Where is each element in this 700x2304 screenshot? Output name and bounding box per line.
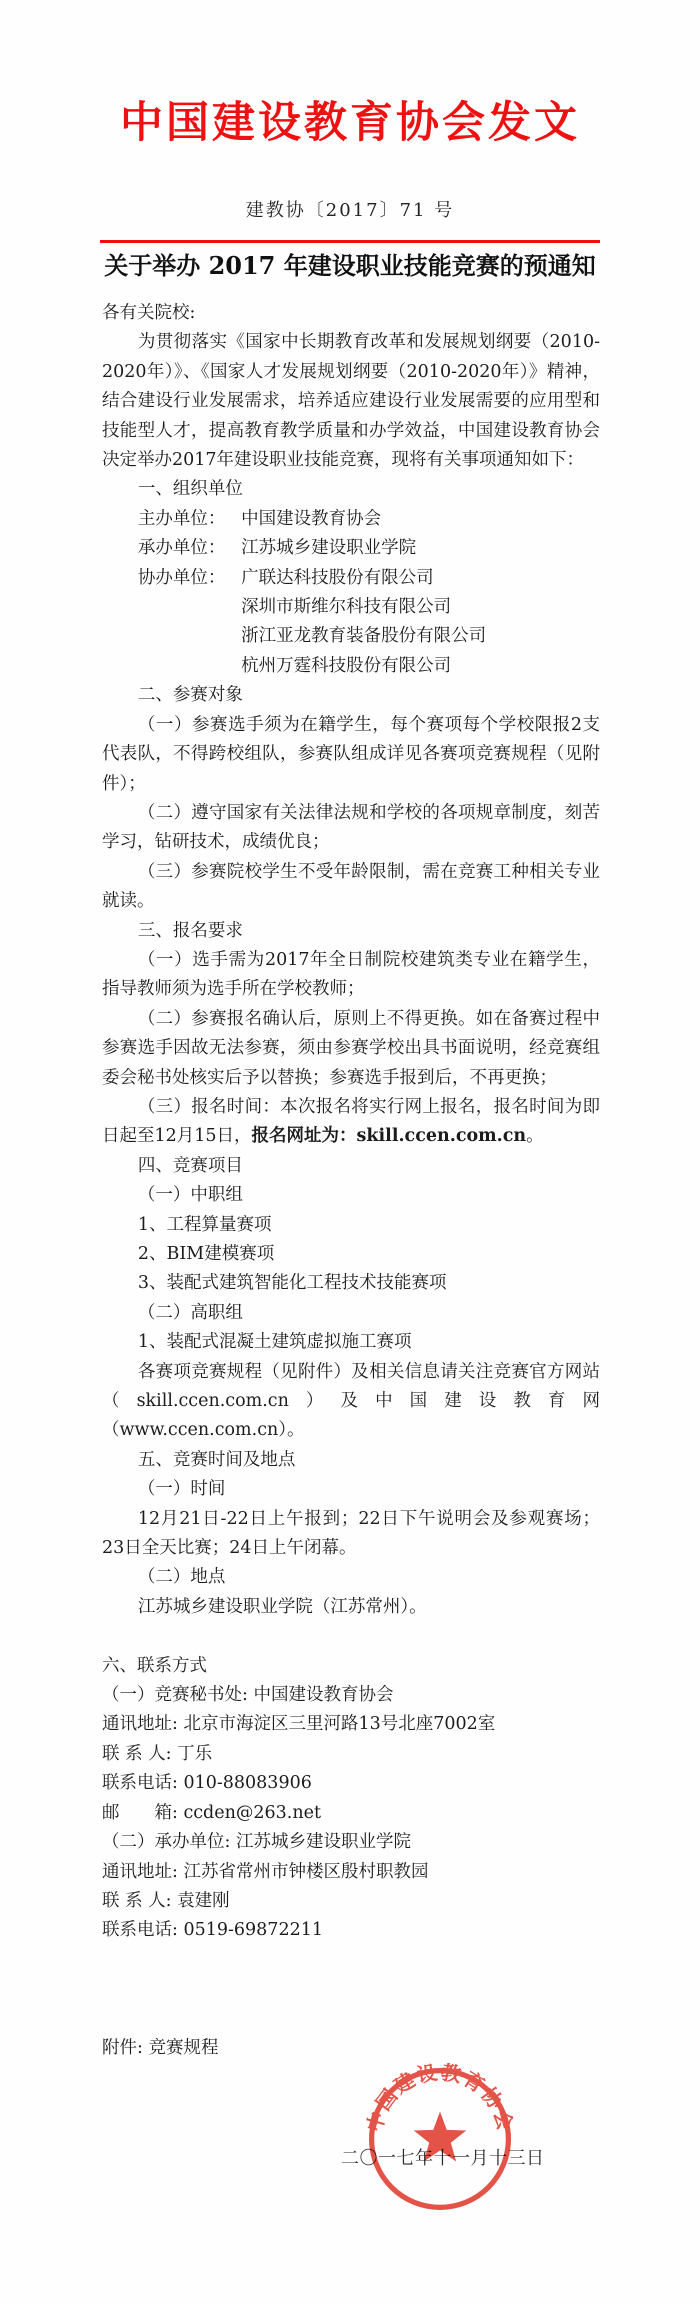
seal-star-icon xyxy=(414,2111,466,2161)
co-organizer-unit-row: 协办单位：广联达科技股份有限公司 xyxy=(138,564,600,593)
item-paragraph: 3、装配式建筑智能化工程技术技能赛项 xyxy=(102,1269,600,1298)
section-4-heading: 四、竞赛项目 xyxy=(102,1152,600,1181)
org-value: 杭州万霆科技股份有限公司 xyxy=(241,652,600,681)
org-label: 主办单位： xyxy=(138,505,241,534)
venue-paragraph: 江苏城乡建设职业学院（江苏常州）。 xyxy=(102,1593,600,1622)
contact-line: （二）承办单位: 江苏城乡建设职业学院 xyxy=(102,1828,600,1857)
org-value: 江苏城乡建设职业学院 xyxy=(241,534,600,563)
section-1-heading: 一、组织单位 xyxy=(102,475,600,504)
item-paragraph: （二）地点 xyxy=(102,1563,600,1592)
intro-paragraph: 为贯彻落实《国家中长期教育改革和发展规划纲要（2010-2020年）》、《国家人… xyxy=(102,328,600,475)
item-paragraph: （二）遵守国家有关法律法规和学校的各项规章制度，刻苦学习，钻研技术，成绩优良； xyxy=(102,799,600,858)
org-value: 中国建设教育协会 xyxy=(241,505,600,534)
item-paragraph: （二）高职组 xyxy=(102,1299,600,1328)
contact-line: 联 系 人: 袁建刚 xyxy=(102,1887,600,1916)
red-separator-line xyxy=(100,240,600,243)
contact-line: 联 系 人: 丁乐 xyxy=(102,1740,600,1769)
contact-line: 联系电话: 010-88083906 xyxy=(102,1769,600,1798)
issuer-title: 中国建设教育协会发文 xyxy=(0,100,700,146)
org-label xyxy=(138,652,241,681)
co-organizer-unit-row: 杭州万霆科技股份有限公司 xyxy=(138,652,600,681)
contact-line: （一）竞赛秘书处: 中国建设教育协会 xyxy=(102,1681,600,1710)
section-3-heading: 三、报名要求 xyxy=(102,917,600,946)
org-label: 承办单位： xyxy=(138,534,241,563)
section-5-heading: 五、竞赛时间及地点 xyxy=(102,1446,600,1475)
org-value: 深圳市斯维尔科技有限公司 xyxy=(241,593,600,622)
co-organizer-unit-row: 深圳市斯维尔科技有限公司 xyxy=(138,593,600,622)
section-2-heading: 二、参赛对象 xyxy=(102,681,600,710)
official-seal: 中国建设教育协会 xyxy=(364,2063,516,2215)
spacer xyxy=(102,1622,600,1651)
org-label: 协办单位： xyxy=(138,564,241,593)
item-paragraph: （一）中职组 xyxy=(102,1181,600,1210)
section-6-heading: 六、联系方式 xyxy=(102,1652,600,1681)
item-paragraph: （二）参赛报名确认后，原则上不得更换。如在备赛过程中参赛选手因故无法参赛，须由参… xyxy=(102,1005,600,1093)
spacer xyxy=(102,1946,600,2034)
attachment-line: 附件: 竞赛规程 xyxy=(102,2034,600,2063)
item-paragraph: （一）时间 xyxy=(102,1475,600,1504)
registration-time-paragraph: （三）报名时间：本次报名将实行网上报名，报名时间为即日起至12月15日，报名网址… xyxy=(102,1093,600,1152)
item-paragraph: 2、BIM建模赛项 xyxy=(102,1240,600,1269)
org-label xyxy=(138,622,241,651)
salutation: 各有关院校: xyxy=(102,299,600,328)
contact-line: 通讯地址: 江苏省常州市钟楼区殷村职教园 xyxy=(102,1858,600,1887)
org-value: 广联达科技股份有限公司 xyxy=(241,564,600,593)
item-paragraph: （一）选手需为2017年全日制院校建筑类专业在籍学生，指导教师须为选手所在学校教… xyxy=(102,946,600,1005)
host-unit-row: 主办单位：中国建设教育协会 xyxy=(138,505,600,534)
item-paragraph: （三）参赛院校学生不受年龄限制，需在竞赛工种相关专业就读。 xyxy=(102,858,600,917)
item-paragraph: （一）参赛选手须为在籍学生，每个赛项每个学校限报2支代表队，不得跨校组队，参赛队… xyxy=(102,711,600,799)
schedule-paragraph: 12月21日-22日上午报到；22日下午说明会及参观赛场；23日全天比赛；24日… xyxy=(102,1505,600,1564)
contact-line: 通讯地址: 北京市海淀区三里河路13号北座7002室 xyxy=(102,1710,600,1739)
contact-line: 联系电话: 0519-69872211 xyxy=(102,1916,600,1945)
doc-title: 关于举办 2017 年建设职业技能竞赛的预通知 xyxy=(0,251,700,281)
item-paragraph: 1、工程算量赛项 xyxy=(102,1211,600,1240)
doc-number: 建教协〔2017〕71 号 xyxy=(0,201,700,221)
item-paragraph: 1、装配式混凝土建筑虚拟施工赛项 xyxy=(102,1328,600,1357)
org-value: 浙江亚龙教育装备股份有限公司 xyxy=(241,622,600,651)
document-body: 各有关院校:为贯彻落实《国家中长期教育改革和发展规划纲要（2010-2020年）… xyxy=(102,299,600,2063)
org-label xyxy=(138,593,241,622)
co-organizer-unit-row: 浙江亚龙教育装备股份有限公司 xyxy=(138,622,600,651)
website-paragraph: 各赛项竞赛规程（见附件）及相关信息请关注竞赛官方网站（skill.ccen.co… xyxy=(102,1358,600,1446)
organizer-unit-row: 承办单位：江苏城乡建设职业学院 xyxy=(138,534,600,563)
contact-line: 邮 箱: ccden@263.net xyxy=(102,1799,600,1828)
document-page: 中国建设教育协会发文 建教协〔2017〕71 号 关于举办 2017 年建设职业… xyxy=(0,0,700,2304)
